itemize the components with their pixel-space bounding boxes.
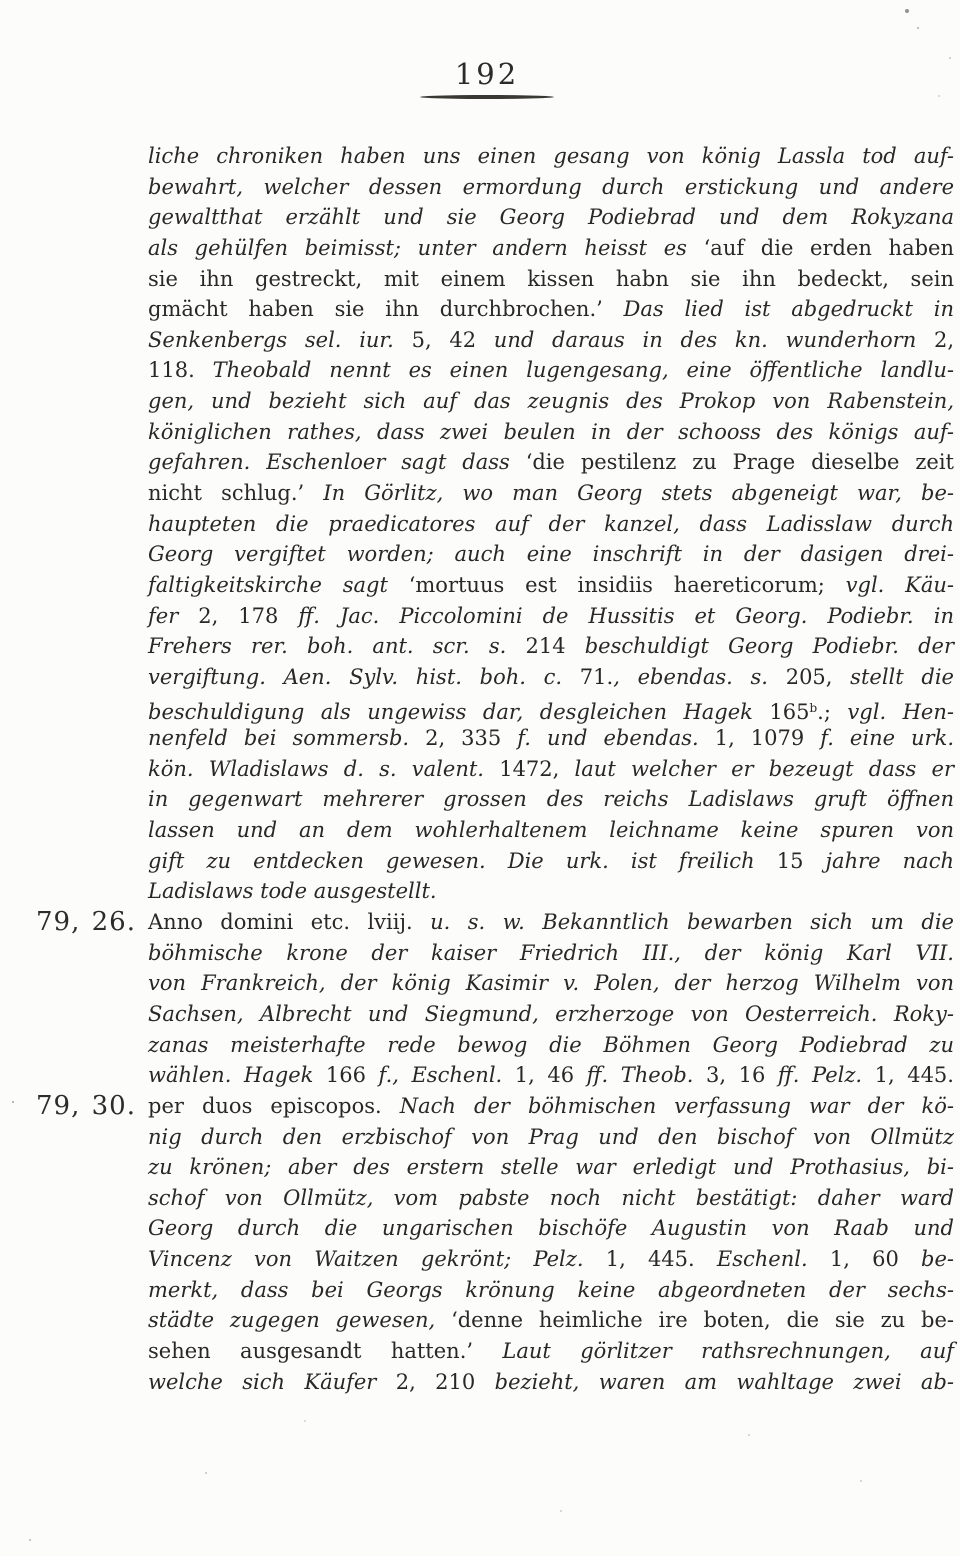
text-segment: Frehers rer. boh. ant. scr. s. [148, 634, 525, 658]
text-line: bewahrt, welcher dessen ermordung durch … [148, 172, 954, 203]
text-line: böhmische krone der kaiser Friedrich III… [148, 938, 954, 969]
text-segment: gewaltthat erzählt und sie Georg Podiebr… [148, 205, 954, 229]
text-segment: ff. Pelz. [765, 1063, 874, 1087]
text-segment: In Görlitz, wo man Georg stets abgeneigt… [304, 481, 954, 505]
text-segment: kön. Wladislaws d. s. valent. [148, 757, 499, 781]
text-line: Vincenz von Waitzen gekrönt; Pelz. 1, 44… [148, 1244, 954, 1275]
text-line: faltigkeitskirche sagt ‘mortuus est insi… [148, 570, 954, 601]
text-segment: Eschenl. [695, 1247, 830, 1271]
text-segment: Theobald nennt es einen lugengesang, ein… [195, 358, 954, 382]
margin-note: 79, 26. [36, 907, 136, 938]
text-segment: ‘die pestilenz zu Prage dieselbe zeit [526, 450, 954, 474]
text-line: zu krönen; aber des erstern stelle war e… [148, 1152, 954, 1183]
text-segment: stellt die [832, 665, 954, 689]
text-segment: 166 [326, 1063, 366, 1087]
text-line: gmächt haben sie ihn durchbrochen.’ Das … [148, 294, 954, 325]
text-line: gen, und bezieht sich auf das zeugnis de… [148, 386, 954, 417]
text-line: Frehers rer. boh. ant. scr. s. 214 besch… [148, 631, 954, 662]
page-number-rule [420, 95, 554, 99]
text-segment: fer [148, 604, 198, 628]
text-line: 79, 30.per duos episcopos. Nach der böhm… [148, 1091, 954, 1122]
text-segment: 214 [525, 634, 565, 658]
text-line: gefahren. Eschenloer sagt dass ‘die pest… [148, 447, 954, 478]
text-segment: beschuldigung als ungewiss dar, desgleic… [148, 700, 769, 724]
text-line: lassen und an dem wohlerhaltenem leichna… [148, 815, 954, 846]
text-segment: Ladislaws tode ausgestellt. [148, 879, 437, 903]
text-segment: 1, 445. [606, 1247, 695, 1271]
text-line: welche sich Käufer 2, 210 bezieht, waren… [148, 1367, 954, 1398]
text-segment: bezieht, waren am wahltage zwei ab- [475, 1370, 954, 1394]
text-segment: bewahrt, welcher dessen ermordung durch … [148, 175, 954, 199]
text-segment: Laut görlitzer rathsrechnungen, auf [473, 1339, 954, 1363]
text-segment: sie ihn gestreckt, mit einem kissen habn… [148, 267, 954, 291]
text-segment: nenfeld bei sommersb. [148, 726, 425, 750]
text-segment: 15 [777, 849, 804, 873]
text-segment: 1, 445. [875, 1063, 954, 1087]
page-header: 192 [412, 58, 562, 99]
text-segment: wählen. Hagek [148, 1063, 326, 1087]
text-segment: 1, 46 [515, 1063, 574, 1087]
text-segment: 5, 42 [412, 328, 476, 352]
text-line: nig durch den erzbischof von Prag und de… [148, 1122, 954, 1153]
text-segment: per duos episcopos. [148, 1094, 400, 1118]
text-line: Ladislaws tode ausgestellt. [148, 876, 954, 907]
text-segment: welche sich Käufer [148, 1370, 396, 1394]
text-segment: laut welcher er bezeugt dass er [559, 757, 954, 781]
text-line: kön. Wladislaws d. s. valent. 1472, laut… [148, 754, 954, 785]
text-segment: sehen ausgesandt hatten.’ [148, 1339, 473, 1363]
text-line: 79, 26.Anno domini etc. lviij. u. s. w. … [148, 907, 954, 938]
text-line: beschuldigung als ungewiss dar, desgleic… [148, 693, 954, 724]
text-segment: f., Eschenl. [366, 1063, 515, 1087]
body-text: liche chroniken haben uns einen gesang v… [148, 141, 954, 1397]
text-segment: vgl. Hen- [831, 700, 954, 724]
text-line: nicht schlug.’ In Görlitz, wo man Georg … [148, 478, 954, 509]
text-line: Georg vergiftet worden; auch eine inschr… [148, 539, 954, 570]
text-segment: schof von Ollmütz, vom pabste noch nicht… [148, 1186, 954, 1210]
text-segment: nicht schlug.’ [148, 481, 304, 505]
text-line: sie ihn gestreckt, mit einem kissen habn… [148, 264, 954, 295]
text-line: städte zugegen gewesen, ‘denne heimliche… [148, 1305, 954, 1336]
text-segment: 71. [580, 665, 613, 689]
text-segment: gefahren. Eschenloer sagt dass [148, 450, 526, 474]
text-segment: in gegenwart mehrerer grossen des reichs… [148, 787, 954, 811]
text-line: merkt, dass bei Georgs krönung keine abg… [148, 1275, 954, 1306]
text-line: gift zu entdecken gewesen. Die urk. ist … [148, 846, 954, 877]
text-line: wählen. Hagek 166 f., Eschenl. 1, 46 ff.… [148, 1060, 954, 1091]
text-segment: .; [817, 700, 831, 724]
text-line: liche chroniken haben uns einen gesang v… [148, 141, 954, 172]
scan-noise [0, 0, 2, 2]
text-segment: und daraus in des kn. wunderhorn [476, 328, 934, 352]
text-segment: gift zu entdecken gewesen. Die urk. ist … [148, 849, 777, 873]
text-line: haupteten die praedicatores auf der kanz… [148, 509, 954, 540]
text-segment: Vincenz von Waitzen gekrönt; Pelz. [148, 1247, 606, 1271]
text-segment: als gehülfen beimisst; unter andern heis… [148, 236, 704, 260]
text-segment: gmächt haben sie ihn durchbrochen.’ [148, 297, 603, 321]
text-segment: ff. Jac. Piccolomini de Hussitis et Geor… [278, 604, 954, 628]
text-segment: Senkenbergs sel. iur. [148, 328, 412, 352]
text-segment: Georg durch die ungarischen bischöfe Aug… [148, 1216, 954, 1240]
text-segment: liche chroniken haben uns einen gesang v… [148, 144, 954, 168]
text-segment: zu krönen; aber des erstern stelle war e… [148, 1155, 954, 1179]
text-segment: Sachsen, Albrecht und Siegmund, erzherzo… [148, 1002, 954, 1026]
text-segment: ‘auf die erden haben [704, 236, 954, 260]
text-segment: von Frankreich, der könig Kasimir v. Pol… [148, 971, 954, 995]
text-segment: be- [899, 1247, 954, 1271]
text-segment: ‘mortuus est insidiis haereticorum; [409, 573, 825, 597]
text-segment: 205, [786, 665, 833, 689]
text-line: gewaltthat erzählt und sie Georg Podiebr… [148, 202, 954, 233]
text-segment: u. s. w. Bekanntlich bewarben sich um di… [430, 910, 954, 934]
text-line: fer 2, 178 ff. Jac. Piccolomini de Hussi… [148, 601, 954, 632]
text-segment: städte zugegen gewesen, [148, 1308, 451, 1332]
text-segment: 2, 335 [425, 726, 501, 750]
text-line: in gegenwart mehrerer grossen des reichs… [148, 784, 954, 815]
text-segment: nig durch den erzbischof von Prag und de… [148, 1125, 954, 1149]
text-segment: vgl. Käu- [825, 573, 954, 597]
text-segment: 1, 1079 [715, 726, 805, 750]
text-line: sehen ausgesandt hatten.’ Laut görlitzer… [148, 1336, 954, 1367]
text-segment: f. eine urk. [804, 726, 954, 750]
text-segment: königlichen rathes, dass zwei beulen in … [148, 420, 954, 444]
text-segment: Das lied ist abgedruckt in [603, 297, 954, 321]
text-line: zanas meisterhafte rede bewog die Böhmen… [148, 1030, 954, 1061]
text-segment: gen, und bezieht sich auf das zeugnis de… [148, 389, 954, 413]
text-line: Sachsen, Albrecht und Siegmund, erzherzo… [148, 999, 954, 1030]
text-segment: jahre nach [803, 849, 954, 873]
book-page-scan: 192 liche chroniken haben uns einen gesa… [0, 0, 960, 1556]
text-segment: böhmische krone der kaiser Friedrich III… [148, 941, 954, 965]
text-segment: 118. [148, 358, 195, 382]
text-segment: ff. Theob. [574, 1063, 706, 1087]
text-segment: faltigkeitskirche sagt [148, 573, 409, 597]
text-line: vergiftung. Aen. Sylv. hist. boh. c. 71.… [148, 662, 954, 693]
text-segment: Anno domini etc. lviij. [148, 910, 430, 934]
text-segment: 2, [934, 328, 954, 352]
text-line: schof von Ollmütz, vom pabste noch nicht… [148, 1183, 954, 1214]
text-segment: 1, 60 [830, 1247, 899, 1271]
margin-note: 79, 30. [36, 1091, 136, 1122]
text-line: als gehülfen beimisst; unter andern heis… [148, 233, 954, 264]
text-line: königlichen rathes, dass zwei beulen in … [148, 417, 954, 448]
text-line: nenfeld bei sommersb. 2, 335 f. und eben… [148, 723, 954, 754]
text-segment: 3, 16 [706, 1063, 765, 1087]
text-segment: ‘denne heimliche ire boten, die sie zu b… [451, 1308, 954, 1332]
text-segment: Georg vergiftet worden; auch eine inschr… [148, 542, 954, 566]
text-segment: vergiftung. Aen. Sylv. hist. boh. c. [148, 665, 580, 689]
text-line: Senkenbergs sel. iur. 5, 42 und daraus i… [148, 325, 954, 356]
text-segment: 2, 178 [198, 604, 278, 628]
text-segment: f. und ebendas. [501, 726, 714, 750]
text-segment: 1472, [499, 757, 559, 781]
text-segment: beschuldigt Georg Podiebr. der [566, 634, 954, 658]
text-segment: haupteten die praedicatores auf der kanz… [148, 512, 954, 536]
text-segment: zanas meisterhafte rede bewog die Böhmen… [148, 1033, 954, 1057]
text-segment: , ebendas. s. [613, 665, 786, 689]
text-segment: 165 [769, 700, 809, 724]
text-segment: 2, 210 [396, 1370, 476, 1394]
text-line: Georg durch die ungarischen bischöfe Aug… [148, 1213, 954, 1244]
text-segment: merkt, dass bei Georgs krönung keine abg… [148, 1278, 954, 1302]
text-line: 118. Theobald nennt es einen lugengesang… [148, 355, 954, 386]
text-line: von Frankreich, der könig Kasimir v. Pol… [148, 968, 954, 999]
page-number: 192 [412, 58, 562, 90]
text-segment: Nach der böhmischen verfassung war der k… [400, 1094, 954, 1118]
text-segment: lassen und an dem wohlerhaltenem leichna… [148, 818, 954, 842]
